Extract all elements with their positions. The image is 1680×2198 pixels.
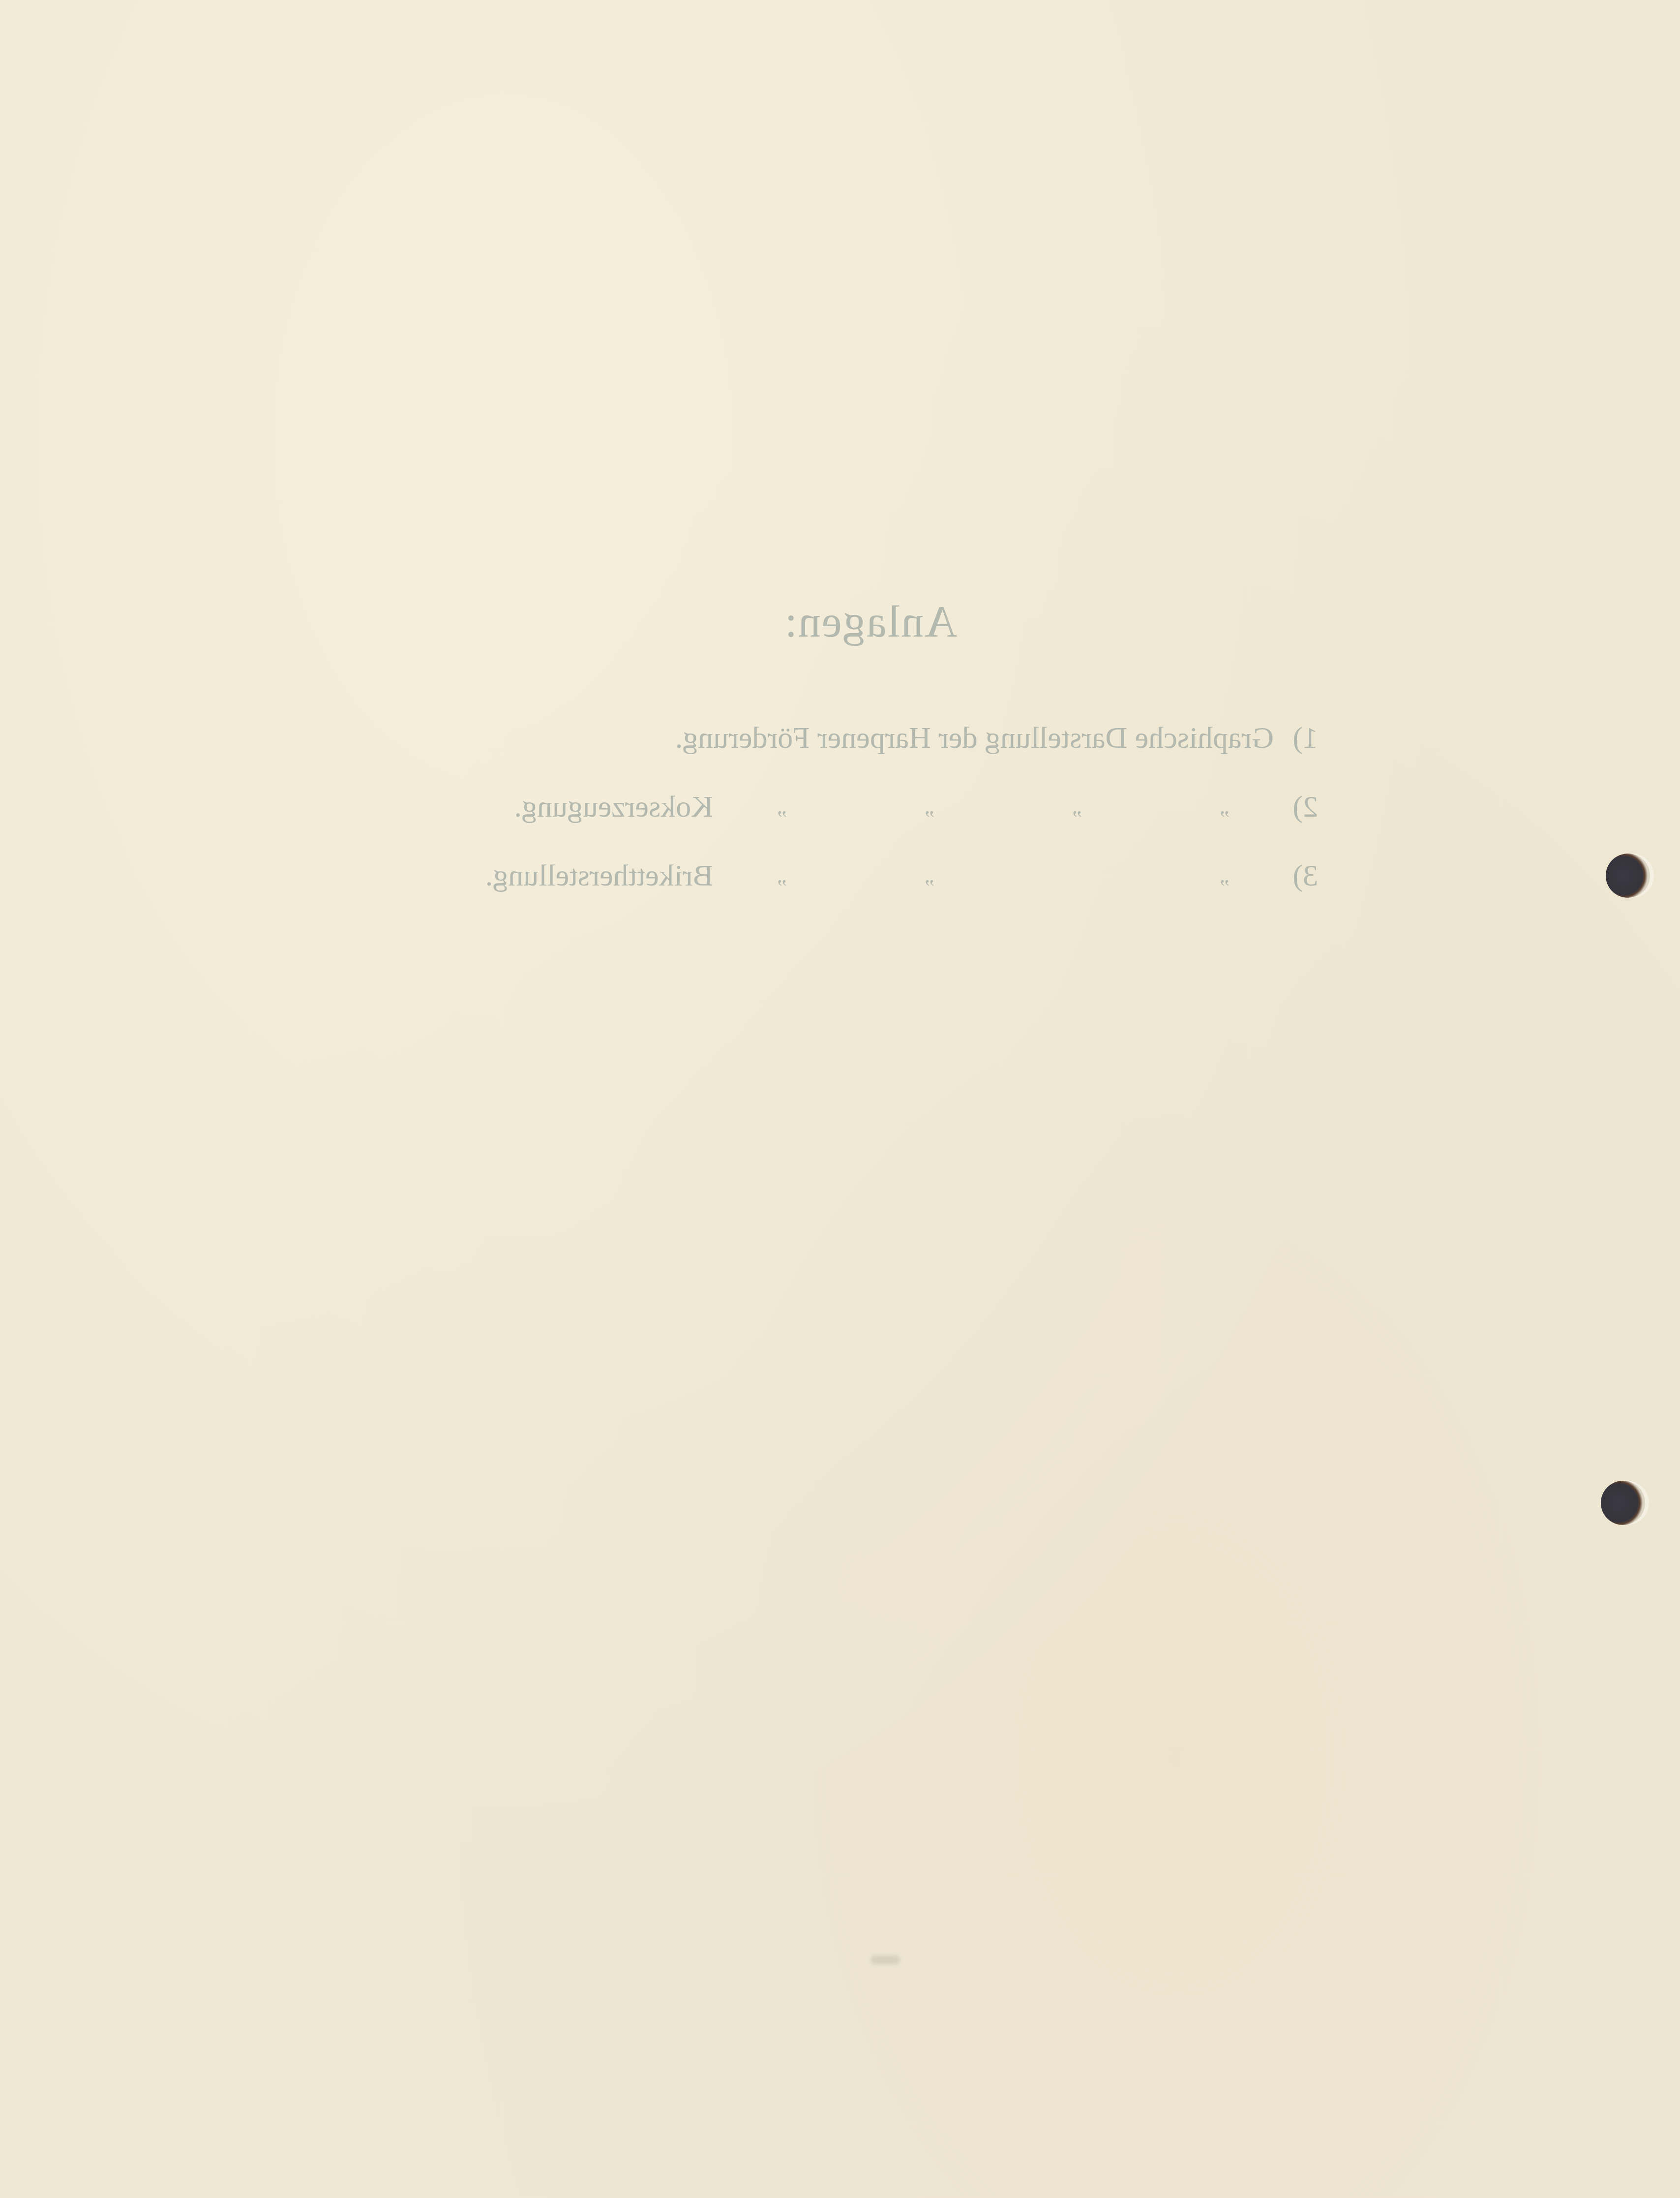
item-number: 3) [1274,841,1318,910]
ditto-mark: „ [1220,841,1230,910]
ditto-mark: „ [1220,772,1230,841]
list-item: 2) „ „ „ „ Kokserzeugung. [443,772,1318,841]
item-text: Brikettherstellung. [485,841,713,910]
list-item: 1) Graphische Darstellung der Harpener F… [443,703,1318,772]
ditto-mark: „ [925,841,934,910]
ditto-mark: „ [777,772,787,841]
punch-hole-icon [1601,1481,1645,1525]
attachments-list: 1) Graphische Darstellung der Harpener F… [443,703,1318,910]
item-text: Graphische Darstellung der Harpener Förd… [675,703,1274,772]
ditto-mark: „ [925,772,934,841]
item-number: 2) [1274,772,1318,841]
list-item: 3) „ „ „ Brikettherstellung. [443,841,1318,910]
page-number-smudge [870,1955,900,1964]
item-number: 1) [1274,703,1318,772]
ditto-mark: „ [1072,772,1082,841]
heading-anlagen: Anlagen: [767,595,974,647]
punch-hole-icon [1606,854,1650,898]
paper-background [0,0,1680,2198]
item-text: Kokserzeugung. [514,772,713,841]
ditto-mark: „ [777,841,787,910]
